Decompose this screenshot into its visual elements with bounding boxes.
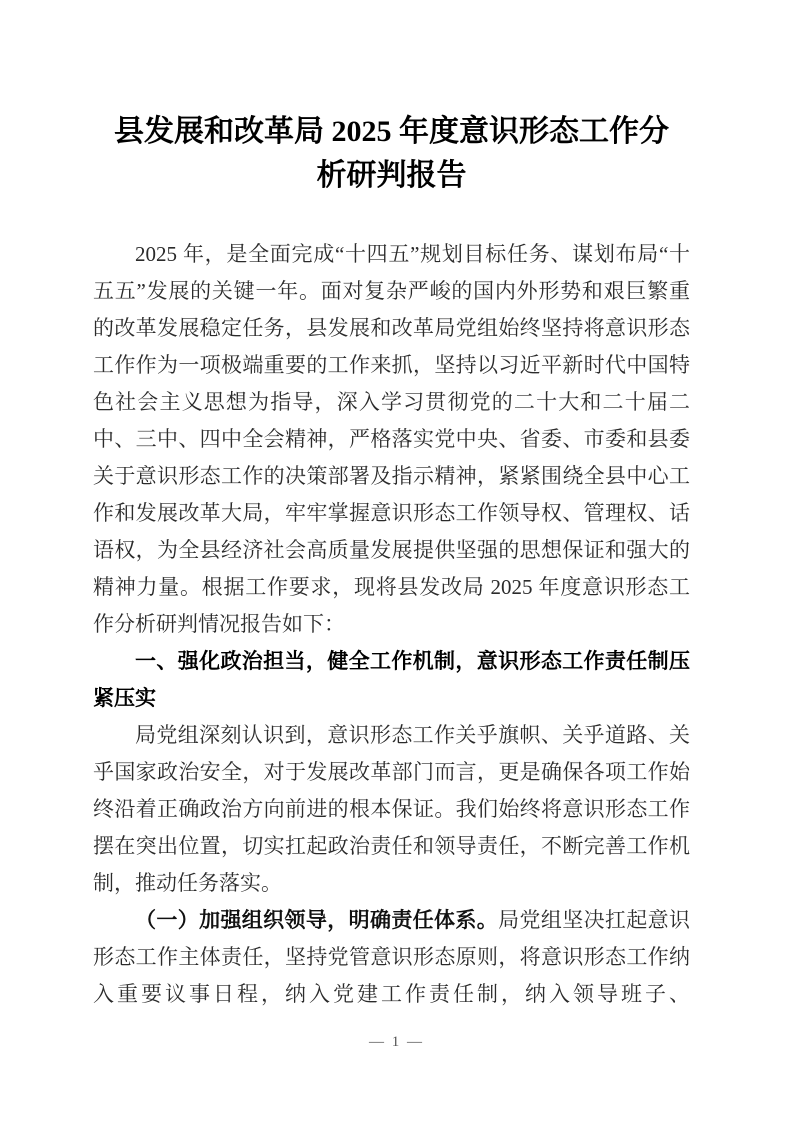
page-number: — 1 — <box>0 1034 793 1051</box>
document-content: 县发展和改革局 2025 年度意识形态工作分析研判报告 2025 年，是全面完成… <box>93 0 690 1013</box>
document-title: 县发展和改革局 2025 年度意识形态工作分析研判报告 <box>102 110 682 198</box>
paragraph-responsibility: 局党组深刻认识到，意识形态工作关乎旗帜、关乎道路、关乎国家政治安全，对于发展改革… <box>93 717 690 902</box>
paragraph-subsection-1: （一）加强组织领导，明确责任体系。局党组坚决扛起意识形态工作主体责任，坚持党管意… <box>93 902 690 1013</box>
subsection-1-lead: （一）加强组织领导，明确责任体系。 <box>135 908 498 932</box>
document-page: 县发展和改革局 2025 年度意识形态工作分析研判报告 2025 年，是全面完成… <box>0 0 793 1122</box>
paragraph-intro: 2025 年，是全面完成“十四五”规划目标任务、谋划布局“十五五”发展的关键一年… <box>93 236 690 643</box>
section-heading-1: 一、强化政治担当，健全工作机制，意识形态工作责任制压紧压实 <box>93 643 690 717</box>
